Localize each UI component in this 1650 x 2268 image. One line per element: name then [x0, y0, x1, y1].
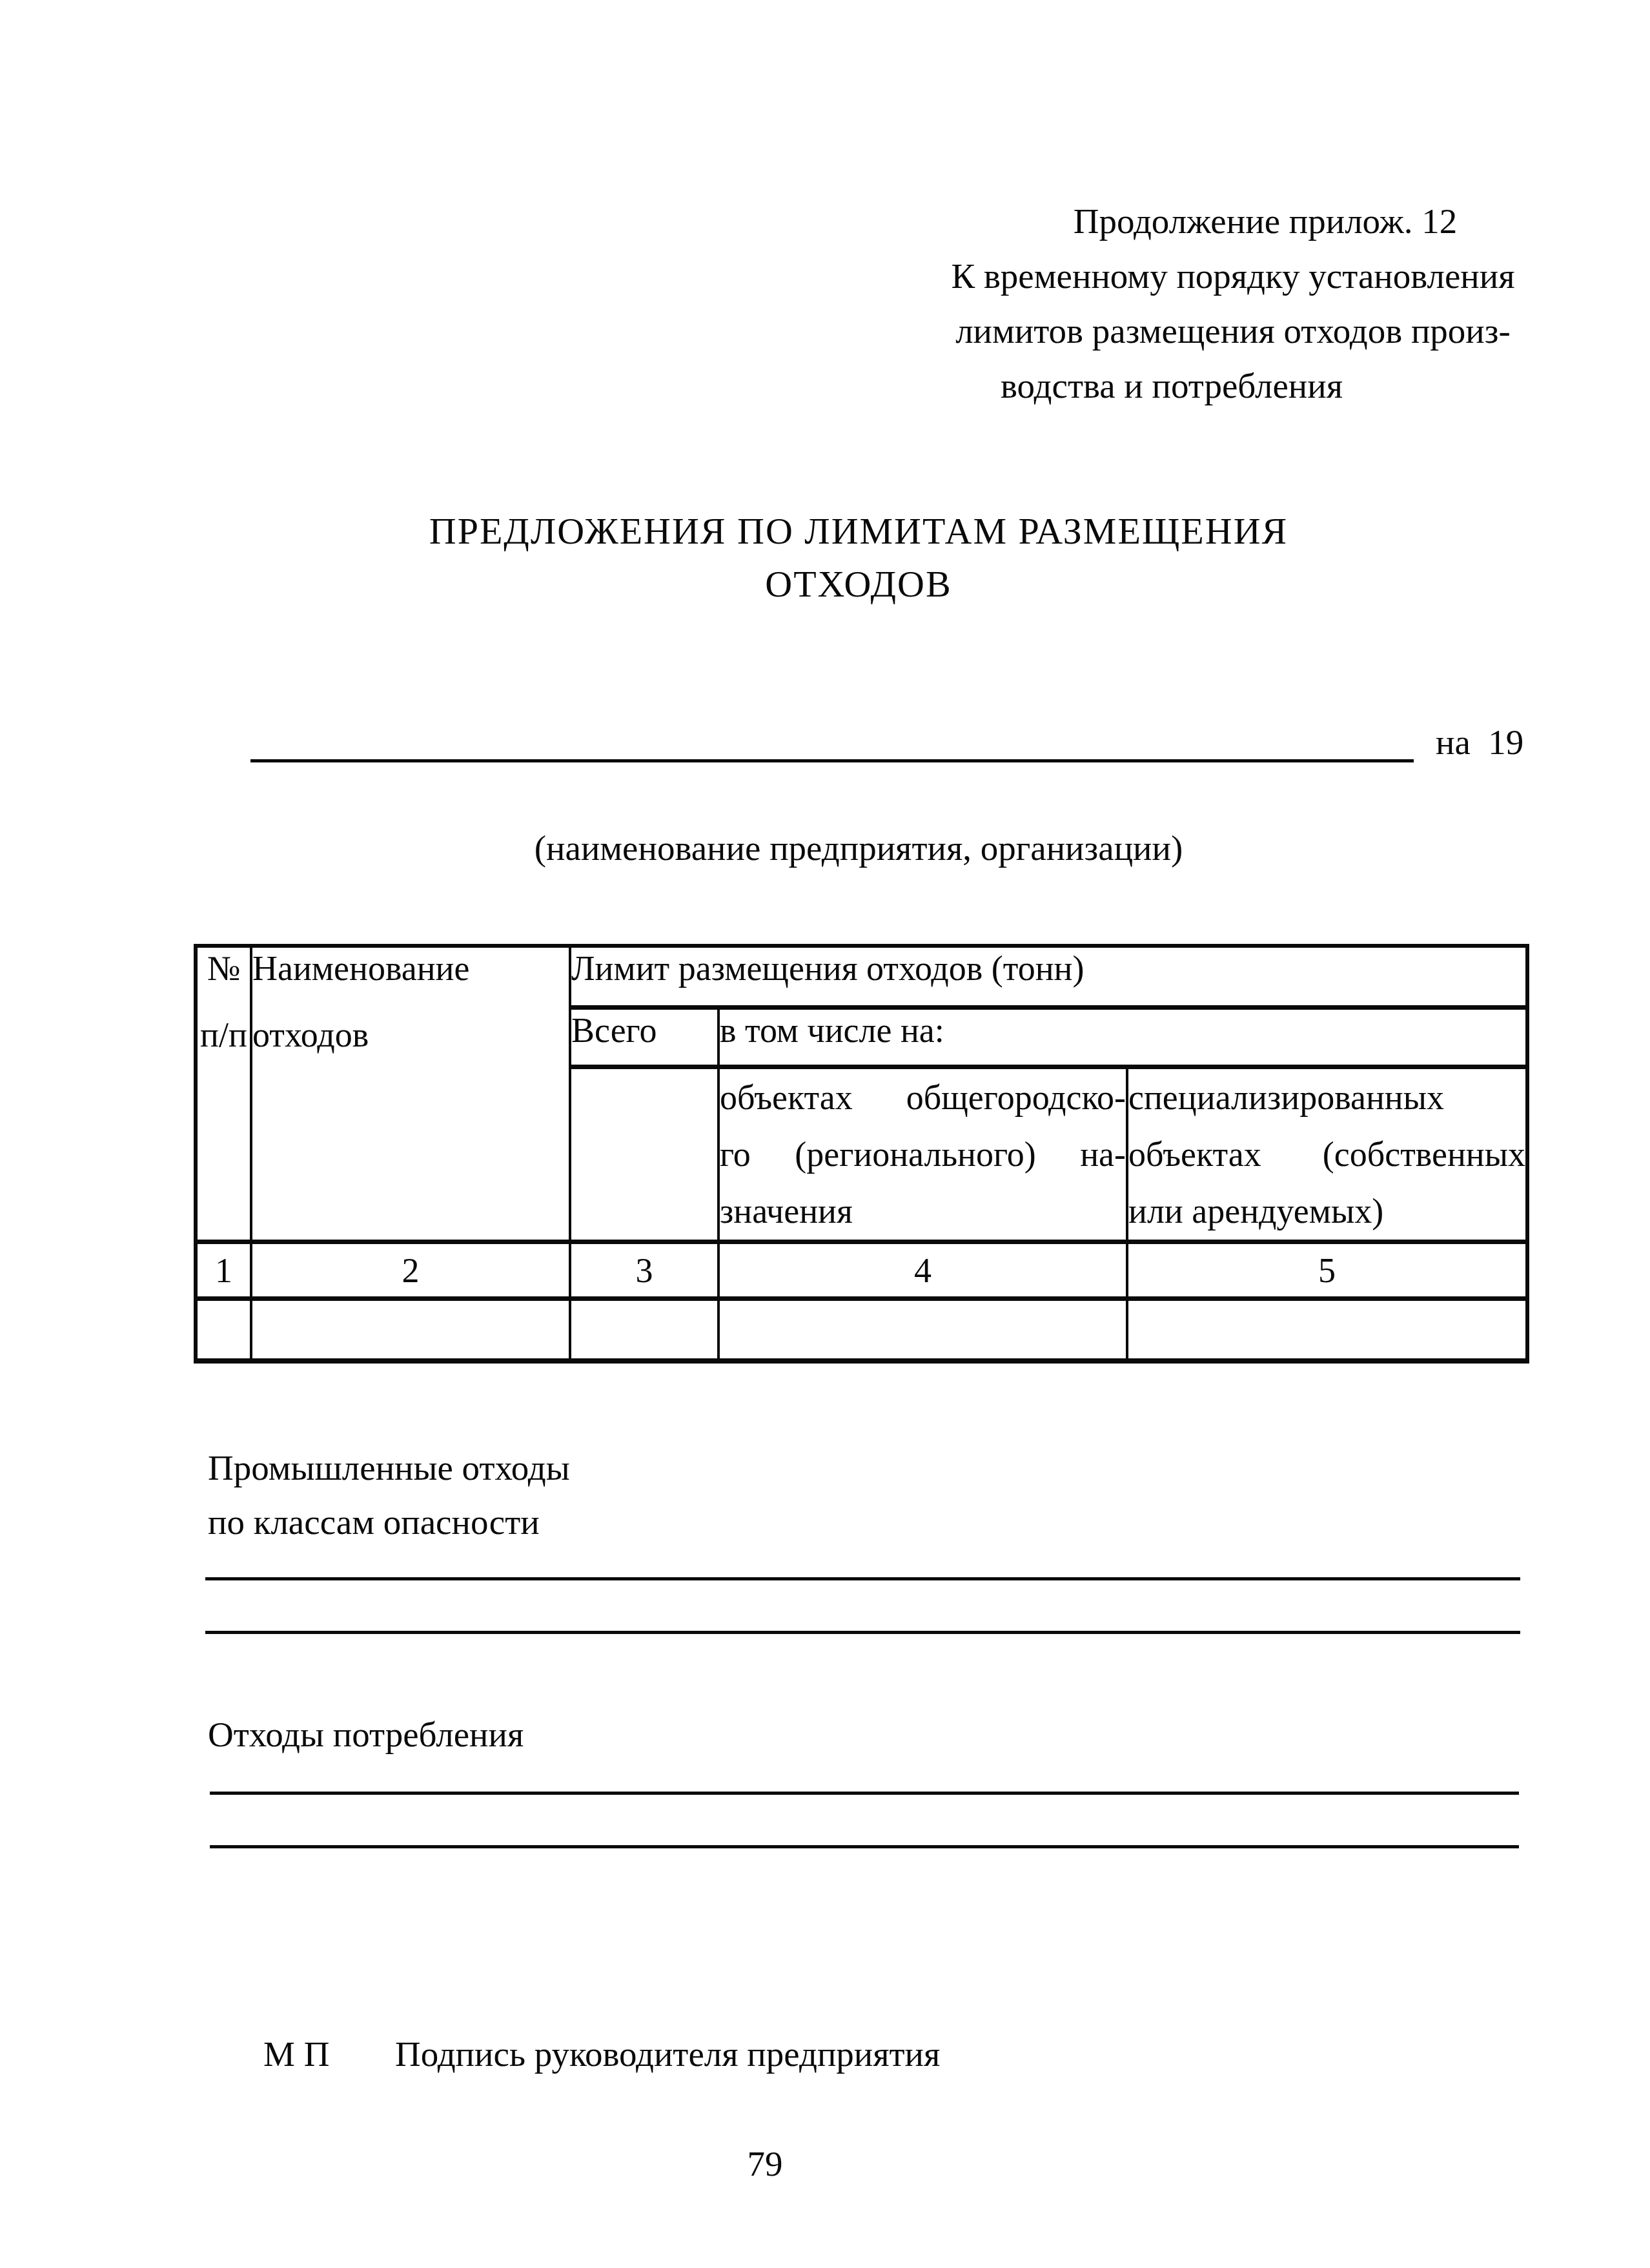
- scanned-document-page: Продолжение прилож. 12 К временному поря…: [0, 0, 1650, 2268]
- appendix-note-line: лимитов размещения отходов произ-: [930, 303, 1536, 358]
- column-header-limit: Лимит размещения отходов (тонн): [570, 946, 1527, 1007]
- blank-fill-line: [205, 1631, 1520, 1634]
- page-number: 79: [710, 2143, 820, 2184]
- column-header-city-objects-line: го (регионального) на-: [720, 1126, 1126, 1183]
- column-header-city-objects-line: объектах общегородско-: [720, 1069, 1126, 1126]
- column-header-special-objects-line: объектах (собственных: [1128, 1126, 1525, 1183]
- blank-fill-line: [210, 1792, 1519, 1795]
- document-title-line: ОТХОДОВ: [194, 558, 1523, 611]
- column-header-name-line: Наименование: [252, 948, 569, 990]
- industrial-waste-label-line: по классам опасности: [208, 1495, 570, 1549]
- column-number: 1: [196, 1241, 251, 1298]
- empty-data-cell: [718, 1298, 1127, 1361]
- column-header-special-objects-line: или арендуемых): [1128, 1183, 1525, 1240]
- consumption-waste-label: Отходы потребления: [208, 1714, 524, 1755]
- empty-data-cell: [570, 1298, 718, 1361]
- column-header-city-objects: объектах общегородско- го (регионального…: [718, 1067, 1127, 1241]
- column-header-including: в том числе на:: [718, 1007, 1527, 1067]
- blank-fill-line: [205, 1577, 1520, 1580]
- organization-blank-line: [250, 759, 1414, 762]
- organization-caption: (наименование предприятия, организации): [194, 828, 1523, 868]
- year-label: на 19: [1436, 724, 1523, 760]
- column-header-num: № п/п: [196, 946, 251, 1241]
- empty-data-cell: [1127, 1298, 1527, 1361]
- signature-caption: Подпись руководителя предприятия: [395, 2034, 940, 2074]
- column-header-num-line: п/п: [198, 1014, 250, 1056]
- stamp-place-label: М П: [263, 2034, 329, 2074]
- industrial-waste-label-line: Промышленные отходы: [208, 1441, 570, 1495]
- appendix-note-line: Продолжение прилож. 12: [962, 194, 1569, 249]
- column-number: 3: [570, 1241, 718, 1298]
- empty-data-cell: [251, 1298, 570, 1361]
- column-header-city-objects-line: значения: [720, 1183, 1126, 1240]
- blank-fill-line: [210, 1845, 1519, 1848]
- appendix-note: Продолжение прилож. 12 К временному поря…: [930, 194, 1536, 413]
- column-header-num-line: №: [198, 948, 250, 990]
- column-header-name-line: отходов: [252, 1014, 569, 1056]
- appendix-note-line: водства и потребления: [868, 358, 1475, 413]
- document-title: ПРЕДЛОЖЕНИЯ ПО ЛИМИТАМ РАЗМЕЩЕНИЯ ОТХОДО…: [194, 505, 1523, 611]
- empty-cell: [570, 1067, 718, 1241]
- column-header-special-objects-line: специализированных: [1128, 1069, 1525, 1126]
- column-header-special-objects: специализированных объектах (собственных…: [1127, 1067, 1527, 1241]
- column-header-total: Всего: [570, 1007, 718, 1067]
- empty-data-cell: [196, 1298, 251, 1361]
- industrial-waste-label: Промышленные отходы по классам опасности: [208, 1441, 570, 1549]
- appendix-note-line: К временному порядку установления: [930, 249, 1536, 303]
- document-title-line: ПРЕДЛОЖЕНИЯ ПО ЛИМИТАМ РАЗМЕЩЕНИЯ: [194, 505, 1523, 558]
- column-header-name: Наименование отходов: [251, 946, 570, 1241]
- column-number: 2: [251, 1241, 570, 1298]
- waste-limits-table: № п/п Наименование отходов Лимит размеще…: [194, 944, 1529, 1364]
- column-number: 5: [1127, 1241, 1527, 1298]
- column-number: 4: [718, 1241, 1127, 1298]
